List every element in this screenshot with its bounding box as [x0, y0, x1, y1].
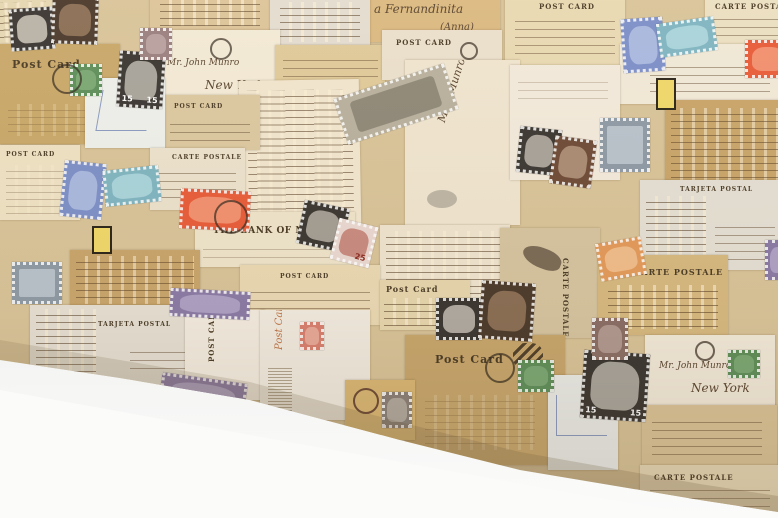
eagle-stamp-block	[600, 118, 650, 172]
lincoln-stamp	[51, 0, 99, 45]
liberty-stamp: 1515	[580, 350, 651, 422]
postcard-kraft-postcard: Post Card	[405, 335, 565, 465]
mauve-stamp	[592, 318, 628, 360]
postcard: POST CARD	[505, 0, 625, 68]
postcard-ornate: POST CARD	[160, 95, 260, 150]
purple-stamp	[169, 288, 250, 320]
brown-stamp	[382, 392, 412, 428]
eagle-stamp-block	[12, 262, 62, 304]
air-mail-label	[656, 78, 676, 110]
photo-scene: a Fernandinita (Anna) POST CARD CARTE PO…	[0, 0, 778, 518]
air-mail-label	[92, 226, 112, 254]
green-portrait-stamp	[728, 350, 760, 378]
lincoln-stamp	[478, 280, 536, 342]
purple-stamp	[765, 240, 778, 280]
washington-stamp	[436, 298, 482, 340]
postcard-brown-script	[665, 100, 778, 185]
portrait-stamp	[9, 7, 56, 52]
postmark	[214, 200, 248, 234]
mauve-stamp	[140, 28, 172, 60]
teal-scenic-stamp	[102, 165, 161, 207]
postcard-kraft	[642, 405, 777, 465]
bird-stamp-red	[745, 40, 778, 78]
franklin-stamp	[549, 135, 597, 188]
postmark	[52, 64, 82, 94]
mauve-stamp	[300, 322, 324, 350]
orange-stamp	[595, 236, 647, 281]
green-portrait-stamp	[518, 360, 554, 392]
blue-scenic-stamp	[59, 160, 107, 220]
